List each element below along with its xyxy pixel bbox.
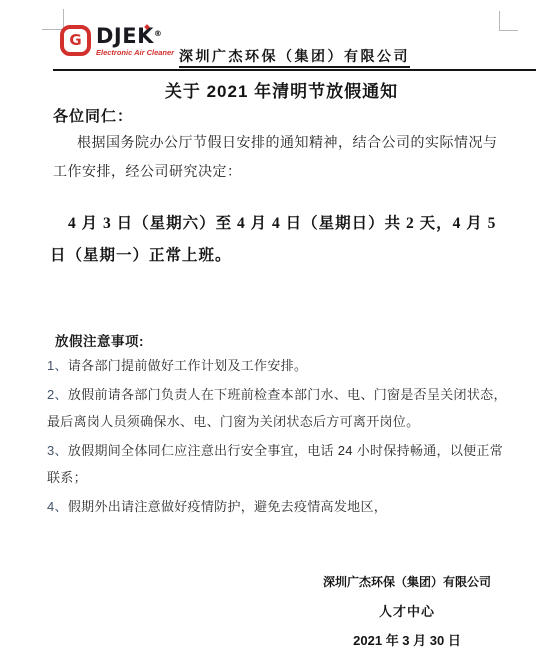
margin-crop-mark-right-icon (499, 11, 518, 31)
list-item-number: 2、 (47, 387, 68, 402)
notes-heading: 放假注意事项: (55, 330, 144, 350)
holiday-schedule-paragraph: 4 月 3 日（星期六）至 4 月 4 日（星期日）共 2 天，4 月 5 日（… (50, 208, 512, 272)
salutation: 各位同仁： (53, 105, 133, 126)
list-item-text: 放假期间全体同仁应注意出行安全事宜，电话 24 小时保持畅通，以便正常联系； (47, 443, 503, 485)
list-item-text: 放假前请各部门负责人在下班前检查本部门水、电、门窗是否呈关闭状态，最后离岗人员须… (47, 387, 507, 429)
list-item-number: 3、 (47, 443, 68, 458)
signature-department: 人才中心 (296, 597, 518, 626)
list-item-number: 1、 (47, 358, 68, 373)
list-item: 2、放假前请各部门负责人在下班前检查本部门水、电、门窗是否呈关闭状态，最后离岗人… (47, 381, 515, 435)
list-item: 3、放假期间全体同仁应注意出行安全事宜，电话 24 小时保持畅通，以便正常联系； (47, 437, 515, 491)
document-title: 关于 2021 年清明节放假通知 (53, 77, 510, 102)
signature-date: 2021 年 3 月 30 日 (296, 626, 518, 654)
list-item-number: 4、 (47, 499, 68, 514)
letterhead-divider (53, 69, 536, 71)
list-item-text: 假期外出请注意做好疫情防护，避免去疫情高发地区， (68, 499, 387, 514)
notes-list: 1、请各部门提前做好工作计划及工作安排。 2、放假前请各部门负责人在下班前检查本… (47, 352, 515, 522)
intro-paragraph: 根据国务院办公厅节假日安排的通知精神，结合公司的实际情况与工作安排，经公司研究决… (53, 128, 505, 186)
list-item: 4、假期外出请注意做好疫情防护，避免去疫情高发地区， (47, 493, 515, 520)
signature-block: 深圳广杰环保（集团）有限公司 人才中心 2021 年 3 月 30 日 (296, 568, 518, 654)
list-item: 1、请各部门提前做好工作计划及工作安排。 (47, 352, 515, 379)
list-item-text: 请各部门提前做好工作计划及工作安排。 (68, 358, 307, 373)
registered-trademark-icon: ® (154, 29, 163, 38)
letterhead-company-name: 深圳广杰环保（集团）有限公司 (53, 46, 536, 66)
notice-document-page: G DJEK® Electronic Air Cleaner 深圳广杰环保（集团… (0, 0, 536, 654)
logo-wordmark: DJEK® (96, 27, 174, 46)
signature-company: 深圳广杰环保（集团）有限公司 (296, 568, 518, 597)
